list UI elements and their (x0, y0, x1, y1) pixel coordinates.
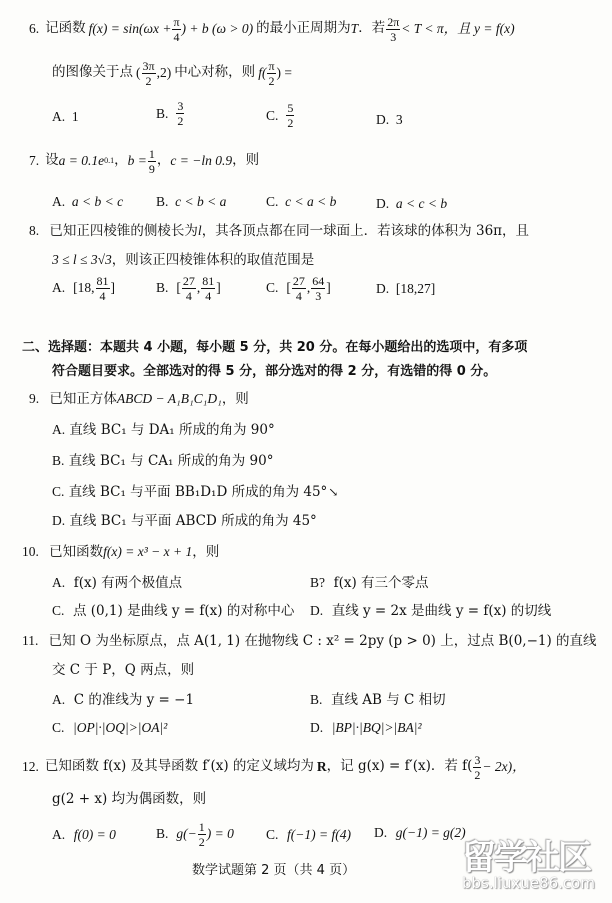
option-b[interactable]: B. c < b < a (156, 195, 226, 209)
section-2-line-1: 二、选择题：本题共 4 小题，每小题 5 分，共 20 分。在每小题给出的选项中… (22, 341, 527, 354)
fraction: π4 (172, 16, 180, 43)
question-number: 11. (22, 633, 38, 648)
option-c[interactable]: C. |OP|·|OQ|>|OA|² (52, 721, 167, 736)
question-8-line-1: 8. 已知正四棱锥的侧棱长为l，其各顶点都在同一球面上．若该球的体积为 36π，… (29, 224, 529, 239)
fraction: π2 (267, 60, 275, 87)
watermark-url: bbs.liuxue86.com (462, 874, 610, 892)
question-12-line-2: g(2 + x) 均为偶函数，则 (52, 793, 206, 807)
question-6-line-1: 6. 记函数 f(x) = sin(ωx + π4 ) + b (ω > 0) … (29, 14, 515, 44)
stem-text: 的最小正周期为 (256, 22, 351, 36)
question-11-line-2: 交 C 于 P，Q 两点，则 (52, 664, 194, 678)
exam-page: 6. 记函数 f(x) = sin(ωx + π4 ) + b (ω > 0) … (0, 0, 612, 903)
stem-text: 已知函数 (49, 544, 103, 560)
stem-text: ，则 (232, 154, 259, 168)
option-a[interactable]: A. 1 (52, 110, 79, 124)
option-d[interactable]: D. g(−1) = g(2) (374, 826, 466, 841)
option-b[interactable]: B. 32 (156, 100, 185, 127)
option-c[interactable]: C. 直线 BC₁ 与平面 BB₁D₁D 所成的角为 45°↘ (52, 485, 338, 500)
separator: ， (114, 154, 128, 168)
watermark: 留学社区 bbs.liuxue86.com (462, 830, 610, 896)
watermark-logo-text: 留学社区 (462, 830, 610, 879)
math-expression: c = −ln 0.9 (170, 154, 232, 168)
fraction: 3π2 (142, 60, 156, 87)
separator: ， (157, 154, 171, 168)
fraction: 643 (311, 275, 325, 302)
option-a[interactable]: A. f(x) 有两个极值点 (52, 576, 182, 591)
stem-text: ，记 g(x) = f′(x)．若 f( (327, 760, 473, 774)
stem-text: ，则该正四棱锥体积的取值范围是 (112, 252, 315, 268)
fraction: 814 (96, 275, 110, 302)
question-6-line-2: 的图像关于点 ( 3π2 ,2) 中心对称，则 f( π2 ) = (52, 58, 292, 88)
math-expression: f(x) = x³ − x + 1 (103, 544, 192, 559)
question-number: 10. (22, 544, 39, 559)
option-b[interactable]: B. 直线 BC₁ 与 CA₁ 所成的角为 90° (52, 454, 273, 469)
option-d[interactable]: D. a < c < b (376, 197, 447, 211)
pencil-mark: ↘ (328, 485, 338, 499)
exponent: 0.1 (104, 157, 114, 165)
math-expression: ,2) (157, 66, 172, 80)
stem-text: 设 (45, 154, 59, 168)
question-7-stem: 7. 设 a = 0.1e0.1 ， b = 19 ， c = −ln 0.9 … (29, 146, 259, 176)
question-12-line-1: 12. 已知函数 f(x) 及其导函数 f′(x) 的定义域均为 R ，记 g(… (22, 752, 526, 782)
question-10-stem: 10. 已知函数f(x) = x³ − x + 1，则 (22, 545, 219, 560)
math-expression: f(x) = sin(ωx + (89, 22, 172, 36)
fraction: 814 (201, 275, 215, 302)
math-expression: ) = (277, 66, 292, 80)
option-b[interactable]: B. [ 274 , 814 ] (156, 272, 221, 304)
stem-text: 中心对称，则 (174, 66, 255, 80)
fraction: 2π3 (386, 16, 400, 43)
math-expression: b = (128, 154, 147, 168)
option-d[interactable]: D. 直线 BC₁ 与平面 ABCD 所成的角为 45° (52, 514, 317, 529)
option-a[interactable]: A. f(0) = 0 (52, 828, 116, 843)
option-d[interactable]: D. |BP|·|BQ|>|BA|² (310, 721, 422, 736)
math-expression: ) + b (ω > 0) (182, 22, 254, 36)
stem-text: ，则 (192, 544, 219, 560)
option-c[interactable]: C. [ 274 , 643 ] (266, 272, 331, 304)
stem-text: 记函数 (45, 22, 86, 36)
page-footer: 数学试题第 2 页（共 4 页） (192, 864, 355, 877)
option-c[interactable]: C. c < a < b (266, 195, 336, 209)
question-number: 12. (22, 760, 39, 774)
option-c[interactable]: C. 点 (0,1) 是曲线 y = f(x) 的对称中心 (52, 604, 294, 619)
fraction: 32 (176, 100, 184, 127)
fraction: 274 (182, 275, 196, 302)
option-a[interactable]: A. C 的准线为 y = −1 (52, 693, 194, 708)
option-a[interactable]: A. a < b < c (52, 195, 123, 209)
math-expression: a = 0.1e (59, 154, 104, 168)
math-expression: ( (136, 66, 141, 80)
section-2-line-2: 符合题目要求。全部选对的得 5 分，部分选对的得 2 分，有选错的得 0 分。 (52, 365, 496, 378)
fraction: 12 (198, 821, 206, 848)
stem-text: ，则 (222, 391, 249, 407)
fraction: 274 (292, 275, 306, 302)
option-a[interactable]: A. [18, 814 ] (52, 272, 115, 304)
question-8-line-2: 3 ≤ l ≤ 3√3，则该正四棱锥体积的取值范围是 (52, 253, 314, 268)
option-b[interactable]: B? f(x) 有三个零点 (310, 576, 429, 591)
stem-text: 已知函数 f(x) 及其导函数 f′(x) 的定义域均为 (45, 760, 314, 774)
math-expression: ABCD − A₁B₁C₁D₁ (117, 391, 222, 406)
stem-text: 的图像关于点 (52, 66, 133, 80)
math-expression: < T < π，且 y = f(x) (401, 22, 514, 36)
option-d[interactable]: D. 直线 y = 2x 是曲线 y = f(x) 的切线 (310, 604, 551, 619)
question-number: 6. (29, 22, 39, 36)
question-number: 7. (29, 154, 39, 168)
option-d[interactable]: D. [18,27] (376, 282, 435, 296)
math-variable: T (351, 22, 359, 36)
fraction: 19 (148, 148, 156, 175)
stem-text: 已知 O 为坐标原点，点 A(1, 1) 在抛物线 C : x² = 2py (… (49, 633, 597, 649)
stem-text: ，其各顶点都在同一球面上．若该球的体积为 36π，且 (202, 223, 529, 239)
option-d[interactable]: D. 3 (376, 113, 403, 127)
math-expression: f( (258, 66, 266, 80)
stem-text: ．若 (358, 22, 385, 36)
math-symbol-reals: R (317, 760, 327, 774)
option-a[interactable]: A. 直线 BC₁ 与 DA₁ 所成的角为 90° (52, 423, 275, 438)
option-b[interactable]: B. g(− 12 ) = 0 (156, 818, 234, 850)
question-9-stem: 9. 已知正方体ABCD − A₁B₁C₁D₁，则 (29, 392, 249, 407)
fraction: 32 (473, 754, 481, 781)
stem-text: 已知正四棱锥的侧棱长为 (49, 223, 198, 239)
question-number: 8. (29, 223, 39, 238)
option-b[interactable]: B. 直线 AB 与 C 相切 (310, 693, 446, 708)
question-number: 9. (29, 391, 39, 406)
option-c[interactable]: C. f(−1) = f(4) (266, 828, 351, 843)
math-expression: 3 ≤ l ≤ 3√3 (52, 252, 112, 267)
stem-text: 已知正方体 (49, 391, 117, 407)
math-expression: − 2x)， (482, 760, 525, 774)
fraction: 52 (286, 102, 294, 129)
option-c[interactable]: C. 52 (266, 102, 295, 129)
question-11-line-1: 11. 已知 O 为坐标原点，点 A(1, 1) 在抛物线 C : x² = 2… (22, 634, 597, 649)
